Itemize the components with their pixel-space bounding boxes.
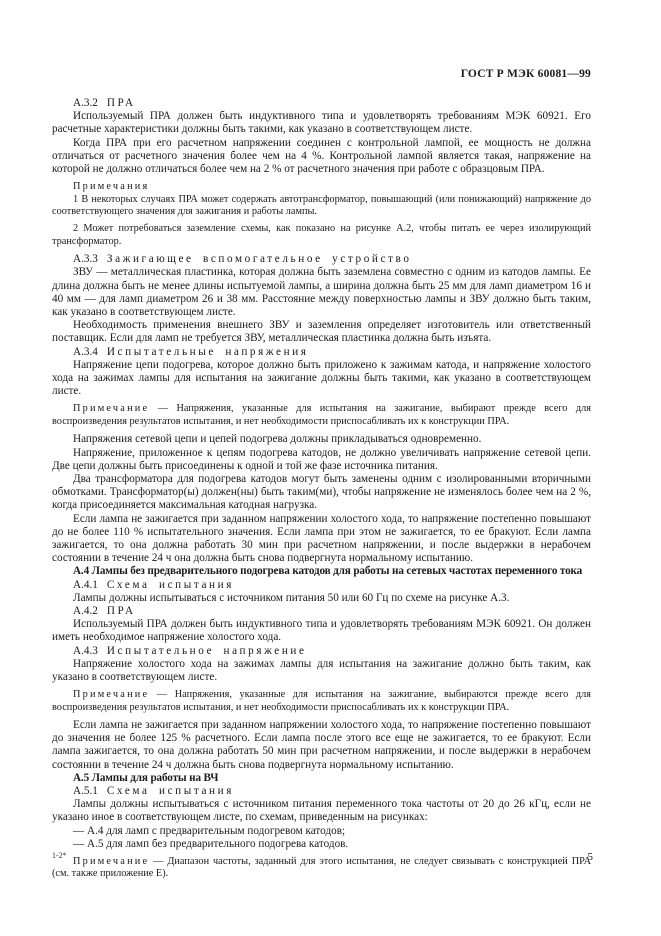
section-number: А.3.4 [73, 346, 98, 358]
note-paragraph: Примечание — Напряжения, указанные для и… [52, 689, 591, 714]
section-number: А.4.3 [73, 645, 98, 657]
paragraph: Используемый ПРА должен быть индуктивног… [52, 618, 591, 644]
paragraph: Два трансформатора для подогрева катодов… [52, 473, 591, 513]
paragraph: Напряжение цепи подогрева, которое должн… [52, 359, 591, 399]
list-item: — А.4 для ламп с предварительным подогре… [52, 825, 591, 838]
document-page: ГОСТ Р МЭК 60081—99 А.3.2ПРАИспользуемый… [0, 0, 661, 936]
note-label: Примечание [73, 689, 149, 700]
section-heading: А.3.3Зажигающее вспомогательное устройст… [52, 253, 591, 266]
note-paragraph: Примечание — Напряжения, указанные для и… [52, 403, 591, 428]
signature-mark: 1-2* [52, 851, 67, 860]
section-title: ПРА [107, 605, 136, 617]
note-paragraph: 1 В некоторых случаях ПРА может содержат… [52, 194, 591, 219]
page-number: 5 [588, 851, 594, 863]
section-number: А.4.2 [73, 605, 98, 617]
page-footer: 1-2* 5 [52, 851, 593, 863]
section-heading: А.4.2ПРА [52, 605, 591, 618]
section-number: А.3.3 [73, 253, 98, 265]
section-heading-bold: А.4 Лампы без предварительного подогрева… [52, 565, 591, 578]
section-title: Испытательное напряжение [107, 645, 307, 657]
section-title: ПРА [107, 97, 136, 109]
paragraph: Лампы должны испытываться с источником п… [52, 798, 591, 824]
section-heading: А.5.1Схема испытания [52, 785, 591, 798]
standard-designation: ГОСТ Р МЭК 60081—99 [461, 68, 591, 80]
section-heading-bold: А.5 Лампы для работы на ВЧ [52, 772, 591, 785]
section-title: Зажигающее вспомогательное устройство [107, 253, 412, 265]
note-paragraph: 2 Может потребоваться заземление схемы, … [52, 223, 591, 248]
paragraph: Используемый ПРА должен быть индуктивног… [52, 110, 591, 136]
note-label: Примечание [73, 403, 149, 414]
section-heading: А.3.4Испытательные напряжения [52, 346, 591, 359]
section-title: Схема испытания [107, 579, 234, 591]
section-heading: А.3.2ПРА [52, 97, 591, 110]
section-title: Схема испытания [107, 785, 234, 797]
paragraph: Напряжения сетевой цепи и цепей подогрев… [52, 433, 591, 446]
section-heading: А.4.3Испытательное напряжение [52, 645, 591, 658]
section-number: А.4.1 [73, 579, 98, 591]
section-number: А.3.2 [73, 97, 98, 109]
paragraph: Необходимость применения внешнего ЗВУ и … [52, 319, 591, 345]
paragraph: Когда ПРА при его расчетном напряжении с… [52, 137, 591, 177]
notes-label-text: Примечания [73, 181, 149, 192]
section-heading: А.4.1Схема испытания [52, 579, 591, 592]
section-title: Испытательные напряжения [107, 346, 309, 358]
paragraph: Если лампа не зажигается при заданном на… [52, 719, 591, 772]
paragraph: Напряжение, приложенное к цепям подогрев… [52, 447, 591, 473]
notes-group-label: Примечания [52, 181, 591, 193]
paragraph: Напряжение холостого хода на зажимах лам… [52, 658, 591, 684]
paragraph: Лампы должны испытываться с источником п… [52, 592, 591, 605]
paragraph: Если лампа не зажигается при заданном на… [52, 513, 591, 566]
document-body: А.3.2ПРАИспользуемый ПРА должен быть инд… [52, 97, 591, 886]
page-header: ГОСТ Р МЭК 60081—99 [52, 68, 591, 80]
paragraph: ЗВУ — металлическая пластинка, которая д… [52, 266, 591, 319]
section-number: А.5.1 [73, 785, 98, 797]
list-item: — А.5 для ламп без предварительного подо… [52, 838, 591, 851]
